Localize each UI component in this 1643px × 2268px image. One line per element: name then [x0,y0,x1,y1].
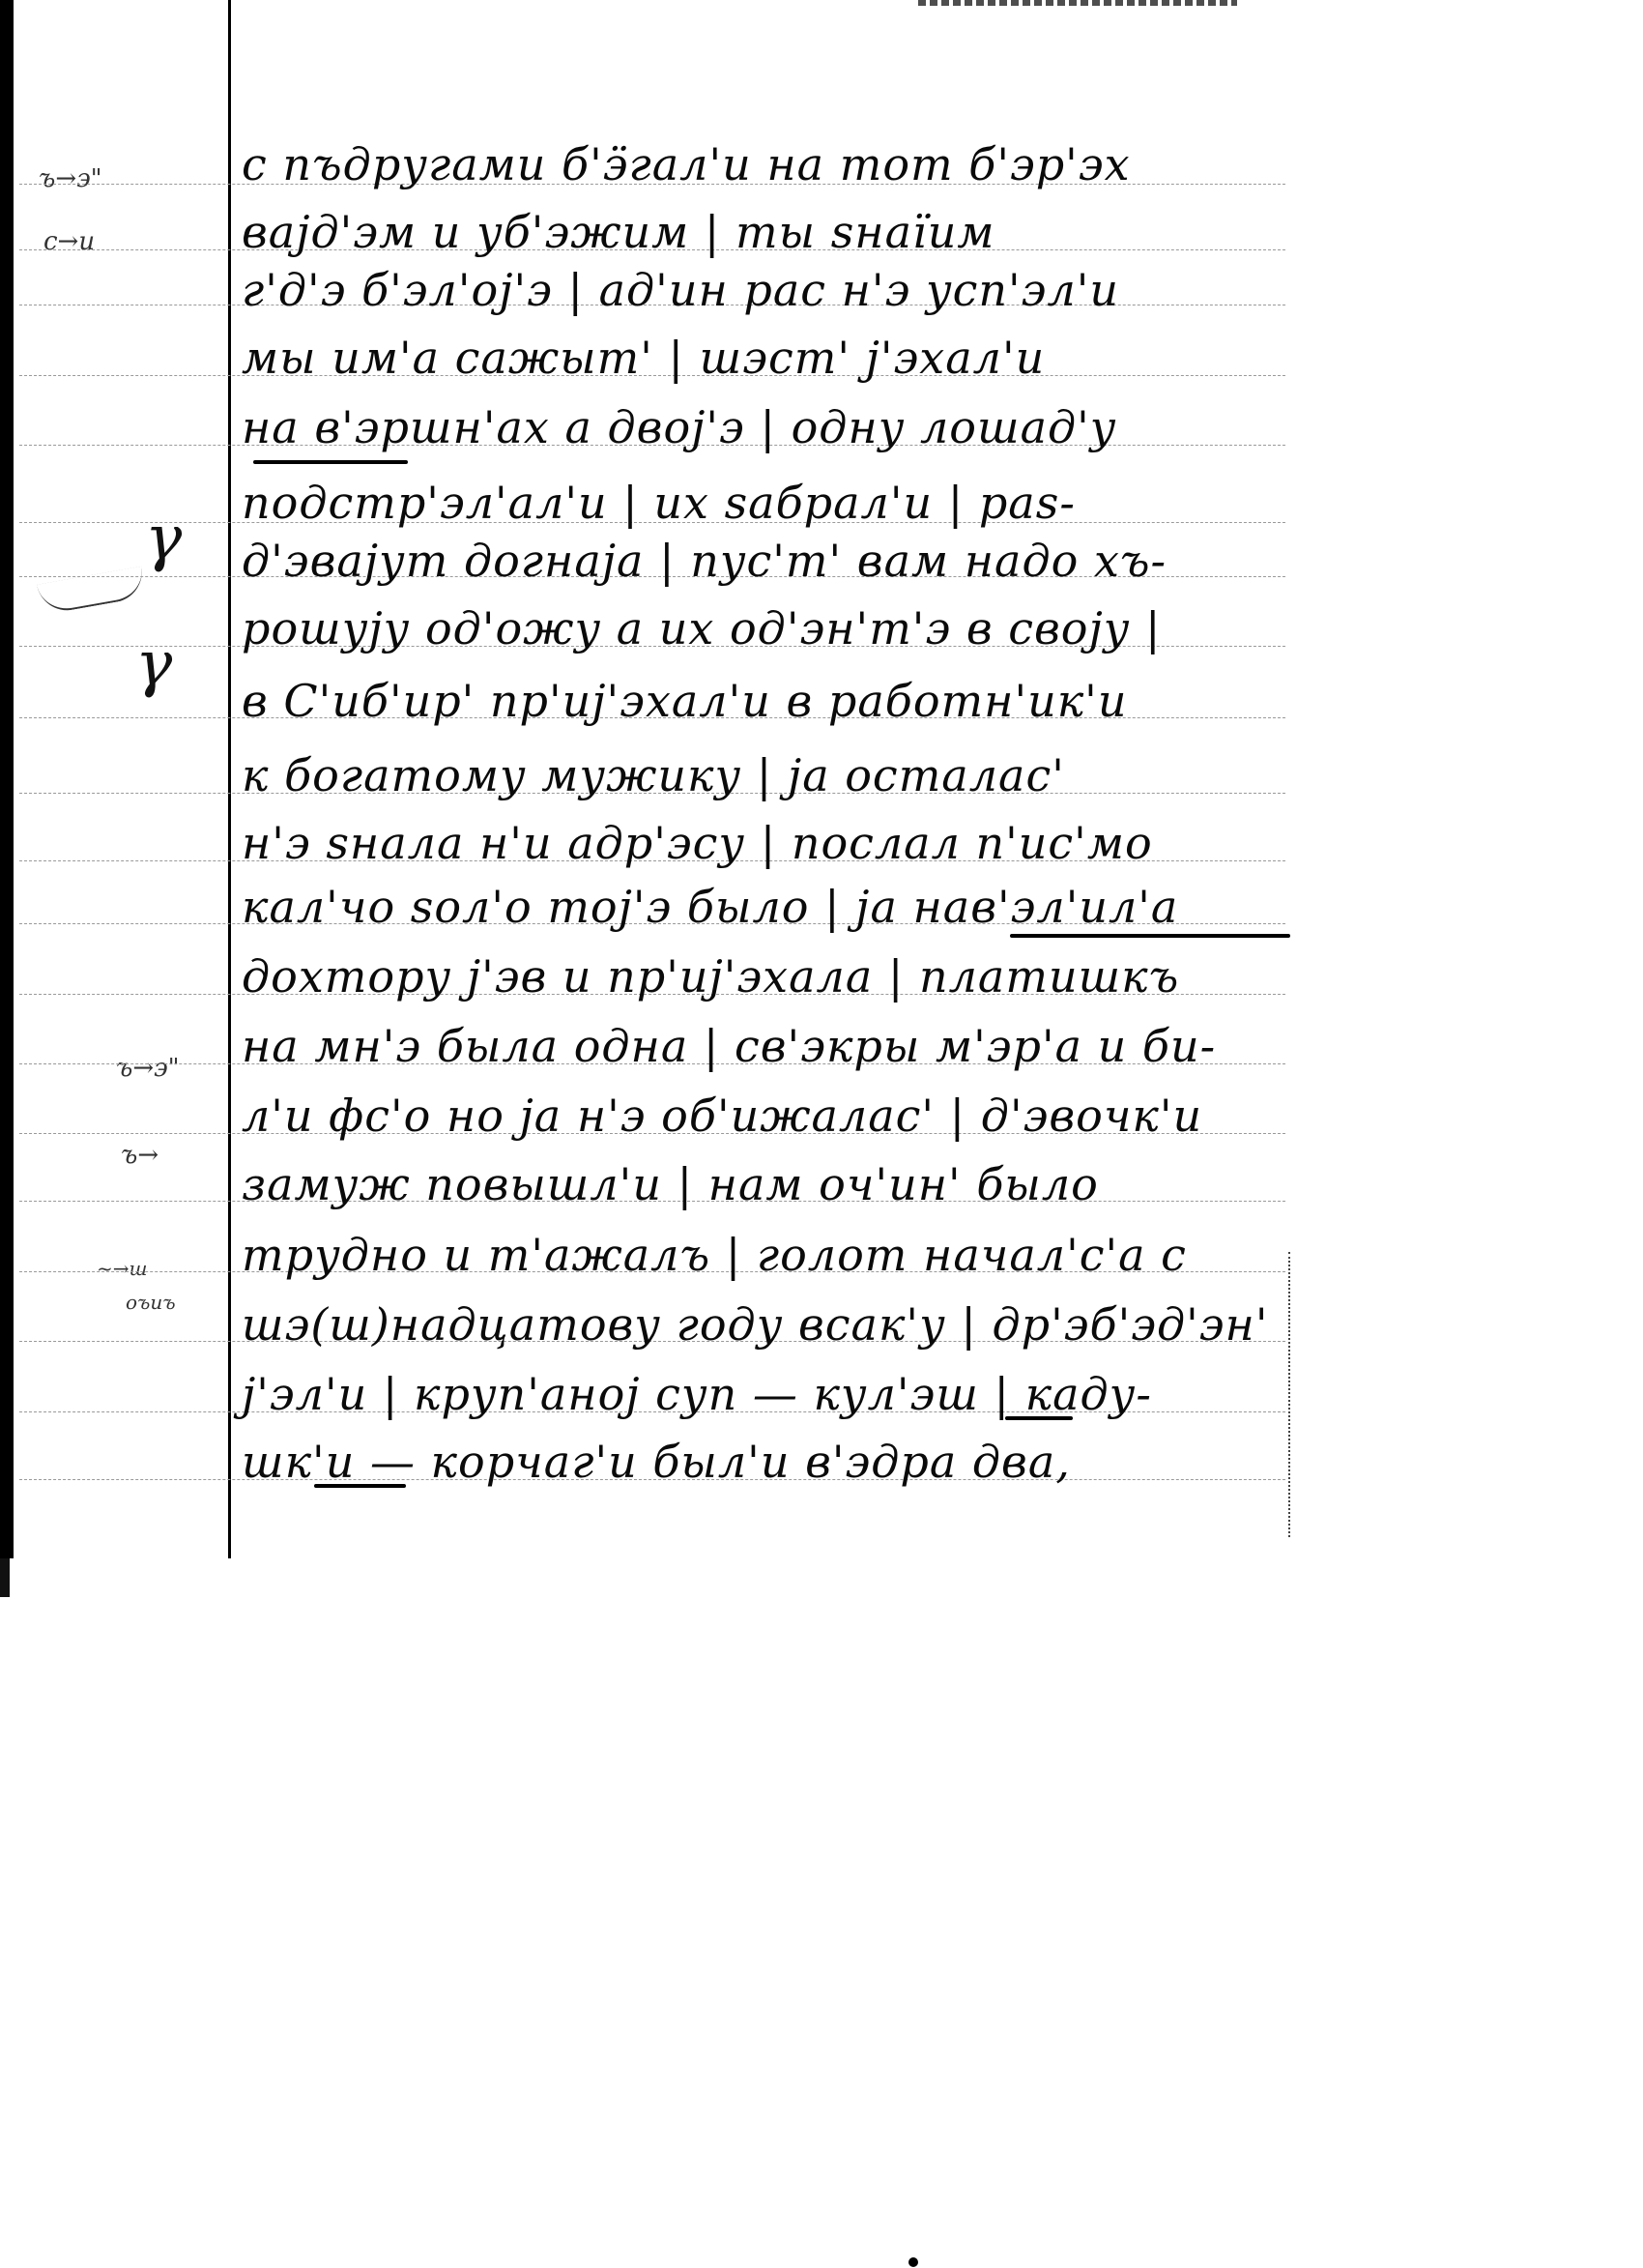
text-line: шк'и — корчаг'и был'и в'эдра два, [242,1433,1285,1491]
emphasis-underline [314,1484,406,1488]
scan-speck [908,2257,918,2267]
margin-note: ъ→э" [116,1054,180,1083]
margin-gamma-mark: γ [145,503,182,574]
text-line: н'э ѕнала н'и адр'эсу | послал п'ис'мо [242,814,1285,872]
emphasis-underline [1005,1416,1073,1420]
margin-note: ~→ш [97,1257,147,1280]
text-line: с пъдругами б'ӭгал'и на тот б'эр'эх [242,135,1285,193]
margin-note: оъиъ [126,1291,176,1314]
scan-left-edge-lower [0,1558,10,1597]
text-line: в С'иб'ир' пр'иј'эхал'и в работн'ик'и [242,672,1285,730]
text-line: шэ(ш)надцатову году всак'у | др'эб'эд'эн… [242,1295,1285,1353]
text-line: на мн'э была одна | св'экры м'эр'а и би- [242,1017,1285,1075]
text-line: д'эвајут догнаја | пус'т' вам надо хъ- [242,532,1285,590]
text-line: подстр'эл'ал'и | их ѕабрал'и | раѕ- [242,474,1285,532]
right-bracket-line [1288,1252,1292,1537]
text-line: к богатому мужику | ја осталас' [242,746,1285,804]
text-line: кал'чо ѕол'о тој'э было | ја нав'эл'ил'а [242,878,1285,936]
margin-note: ъ→э" [39,164,102,193]
text-line: л'и фс'о но ја н'э об'ижалас' | д'эвочк'… [242,1087,1285,1145]
text-line: вајд'эм и уб'эжим | ты ѕнаїим [242,203,1285,261]
text-line: рошују од'ожу а их од'эн'т'э в своју | [242,599,1285,657]
margin-curve-stroke [37,567,147,616]
text-line: замуж повышл'и | нам оч'ин' было [242,1155,1285,1213]
margin-line [228,0,231,1558]
scan-left-edge [0,0,14,1558]
margin-gamma-mark: γ [135,628,172,700]
emphasis-underline [253,460,408,464]
top-scan-smudge [918,0,1237,6]
text-line: мы им'а сажыт' | шэст' ј'эхал'и [242,329,1285,387]
margin-note: с→и [43,227,95,256]
text-line: ј'эл'и | круп'аној суп — кул'эш | каду- [242,1365,1285,1423]
text-line: г'д'э б'эл'ој'э | ад'ин рас н'э усп'эл'и [242,261,1285,319]
emphasis-underline [1010,934,1290,938]
margin-note: ъ→ [121,1141,159,1170]
text-line: дохтору ј'эв и пр'иј'эхала | платишкъ [242,947,1285,1005]
text-line: трудно и т'ажалъ | голот начал'с'а с [242,1226,1285,1284]
text-line: на в'эршн'ах а двој'э | одну лошад'у [242,398,1285,456]
